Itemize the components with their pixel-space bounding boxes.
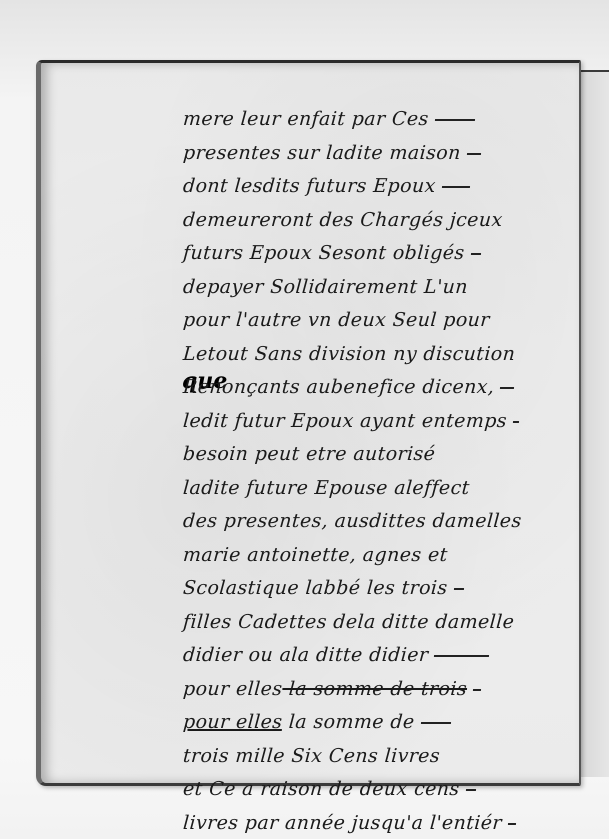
scanned-manuscript: que mere leur enfait par Cespresentes su… xyxy=(0,0,609,839)
line-text: Letout Sans division ny discution xyxy=(182,343,516,365)
manuscript-line: presentes sur ladite maison xyxy=(182,137,584,171)
line-text: Renonçants aubenefice dicenx, xyxy=(182,376,495,398)
line-filler-stroke xyxy=(467,153,481,155)
line-filler-stroke xyxy=(513,421,519,423)
manuscript-line: trois mille Six Cens livres xyxy=(182,740,584,774)
line-filler-stroke xyxy=(420,722,450,724)
line-text: ladite future Epouse aleffect xyxy=(182,477,470,499)
line-filler-stroke xyxy=(473,689,481,691)
line-text-rest: la somme de xyxy=(282,711,416,733)
line-text: Scolastique labbé les trois xyxy=(182,577,448,599)
line-filler-stroke xyxy=(470,253,480,255)
line-text: trois mille Six Cens livres xyxy=(182,745,441,767)
manuscript-line: et Ce a raison de deux cens xyxy=(182,773,584,807)
line-text: mere leur enfait par Ces xyxy=(182,108,429,130)
manuscript-line: futurs Epoux Sesont obligés xyxy=(182,237,584,271)
line-text: depayer Sollidairement L'un xyxy=(182,276,468,298)
line-text: pour elles xyxy=(182,711,283,733)
line-text: livres par année jusqu'a l'entiér xyxy=(182,812,502,834)
line-filler-stroke xyxy=(435,119,475,121)
manuscript-line: marie antoinette, agnes et xyxy=(182,539,584,573)
line-text: marie antoinette, agnes et xyxy=(182,544,448,566)
manuscript-line: Letout Sans division ny discution xyxy=(182,338,584,372)
manuscript-line: depayer Sollidairement L'un xyxy=(182,271,584,305)
line-text: filles Cadettes dela ditte damelle xyxy=(182,611,515,633)
manuscript-line: mere leur enfait par Ces xyxy=(182,103,584,137)
line-text: presentes sur ladite maison xyxy=(182,142,461,164)
line-filler-stroke xyxy=(500,387,514,389)
line-filler-stroke xyxy=(453,588,463,590)
manuscript-line: dont lesdits futurs Epoux xyxy=(182,170,584,204)
manuscript-line: Renonçants aubenefice dicenx, xyxy=(182,371,584,405)
manuscript-line: filles Cadettes dela ditte damelle xyxy=(182,606,584,640)
manuscript-line: besoin peut etre autorisé xyxy=(182,438,584,472)
manuscript-line: des presentes, ausdittes damelles xyxy=(182,505,584,539)
line-text: ledit futur Epoux ayant entemps xyxy=(182,410,507,432)
manuscript-line: Scolastique labbé les trois xyxy=(182,572,584,606)
manuscript-line: ledit futur Epoux ayant entemps xyxy=(182,405,584,439)
struck-text: la somme de trois xyxy=(282,678,468,700)
manuscript-line: didier ou ala ditte didier xyxy=(182,639,584,673)
line-filler-stroke xyxy=(465,789,475,791)
line-filler-stroke xyxy=(442,186,470,188)
manuscript-line: livres par année jusqu'a l'entiér xyxy=(182,807,584,839)
line-filler-stroke xyxy=(508,823,516,825)
line-text: et Ce a raison de deux cens xyxy=(182,778,460,800)
line-text: besoin peut etre autorisé xyxy=(182,443,436,465)
line-text: futurs Epoux Sesont obligés xyxy=(182,242,465,264)
line-text: demeureront des Chargés jceux xyxy=(182,209,503,231)
line-filler-stroke xyxy=(434,655,489,657)
line-text: pour elles xyxy=(182,678,283,700)
manuscript-page: que mere leur enfait par Cespresentes su… xyxy=(36,60,581,786)
line-text: dont lesdits futurs Epoux xyxy=(182,175,436,197)
manuscript-line: demeureront des Chargés jceux xyxy=(182,204,584,238)
line-text: des presentes, ausdittes damelles xyxy=(182,510,522,532)
manuscript-line: pour l'autre vn deux Seul pour xyxy=(182,304,584,338)
manuscript-line: pour elles la somme de xyxy=(182,706,584,740)
handwritten-text-block: mere leur enfait par Cespresentes sur la… xyxy=(183,103,583,839)
line-text: pour l'autre vn deux Seul pour xyxy=(182,309,490,331)
manuscript-line: ladite future Epouse aleffect xyxy=(182,472,584,506)
line-text: didier ou ala ditte didier xyxy=(182,644,429,666)
manuscript-line: pour elles la somme de trois xyxy=(182,673,584,707)
